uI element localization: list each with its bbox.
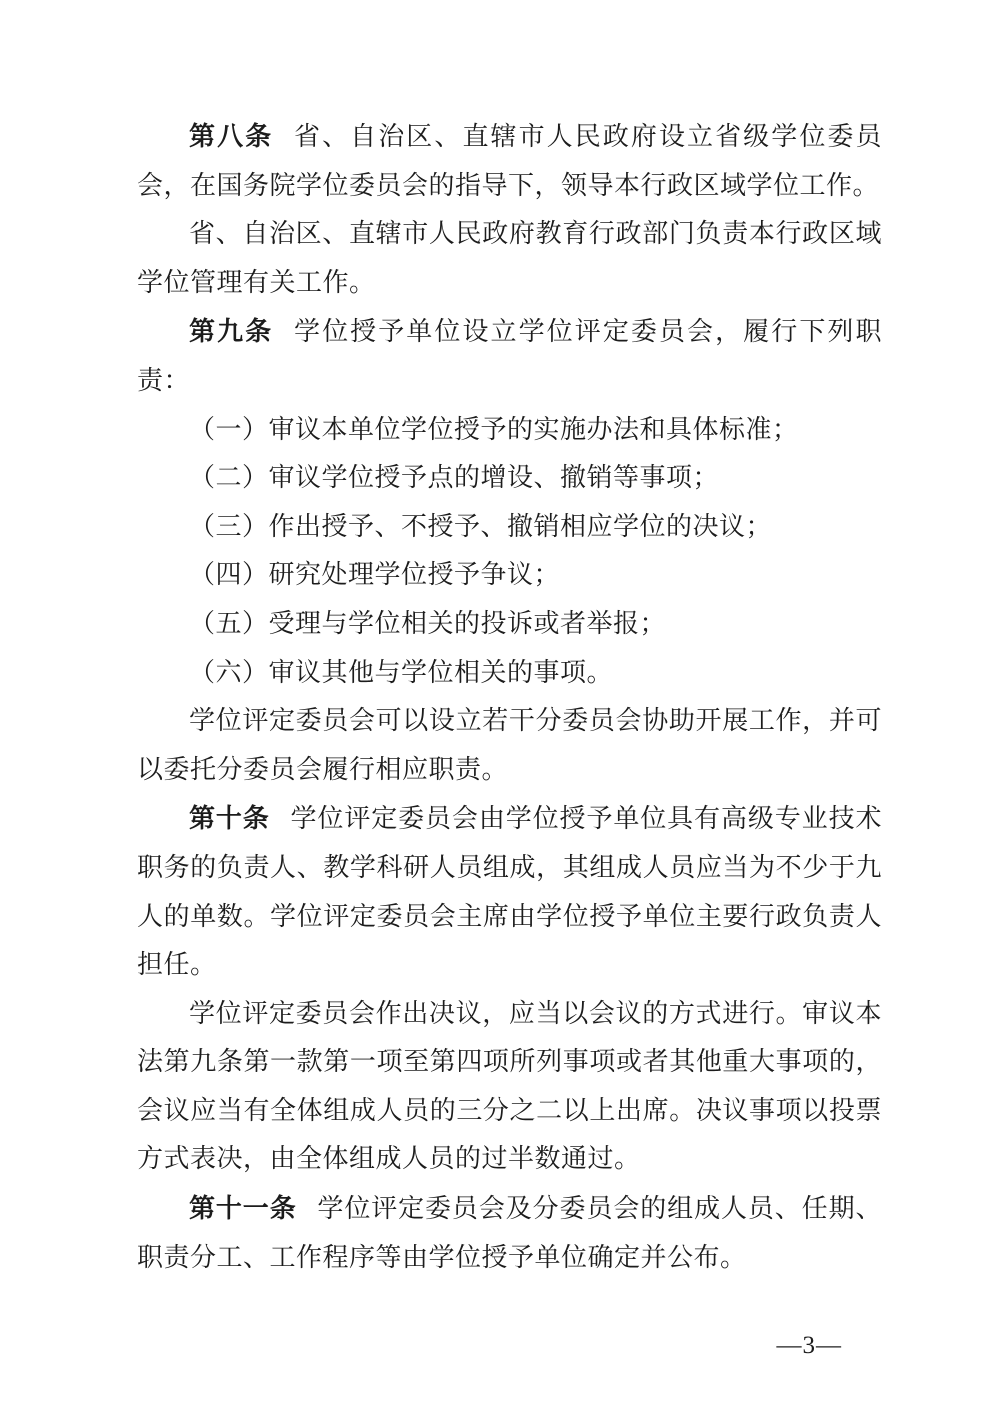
page-number: —3—: [777, 1332, 843, 1360]
article-9-item-4-text: （四）研究处理学位授予争议；: [189, 560, 560, 589]
para-article-9-item-3: （三）作出授予、不授予、撤销相应学位的决议；: [137, 503, 882, 552]
para-article-9-item-1: （一）审议本单位学位授予的实施办法和具体标准；: [137, 406, 882, 455]
article-9-item-5-text: （五）受理与学位相关的投诉或者举报；: [189, 609, 666, 638]
article-9-item-6-text: （六）审议其他与学位相关的事项。: [189, 658, 613, 687]
article-9-item-3-text: （三）作出授予、不授予、撤销相应学位的决议；: [189, 512, 772, 541]
para-article-10: 第十条学位评定委员会由学位授予单位具有高级专业技术职务的负责人、教学科研人员组成…: [137, 794, 882, 989]
document-body: 第八条省、自治区、直辖市人民政府设立省级学位委员会，在国务院学位委员会的指导下，…: [137, 112, 882, 1282]
para-article-8-clause-2: 省、自治区、直辖市人民政府教育行政部门负责本行政区域学位管理有关工作。: [137, 210, 882, 307]
article-10-clause-2-text: 学位评定委员会作出决议，应当以会议的方式进行。审议本法第九条第一款第一项至第四项…: [137, 999, 882, 1174]
article-9-clause-2-text: 学位评定委员会可以设立若干分委员会协助开展工作，并可以委托分委员会履行相应职责。: [137, 706, 882, 784]
para-article-9-item-4: （四）研究处理学位授予争议；: [137, 551, 882, 600]
para-article-9-clause-2: 学位评定委员会可以设立若干分委员会协助开展工作，并可以委托分委员会履行相应职责。: [137, 697, 882, 794]
article-9-item-1-text: （一）审议本单位学位授予的实施办法和具体标准；: [189, 415, 799, 444]
article-11-heading: 第十一条: [189, 1193, 297, 1223]
para-article-9-item-5: （五）受理与学位相关的投诉或者举报；: [137, 600, 882, 649]
article-9-heading: 第九条: [189, 316, 273, 346]
para-article-9: 第九条学位授予单位设立学位评定委员会，履行下列职责：: [137, 307, 882, 405]
document-page: 第八条省、自治区、直辖市人民政府设立省级学位委员会，在国务院学位委员会的指导下，…: [0, 0, 992, 1403]
article-9-item-2-text: （二）审议学位授予点的增设、撤销等事项；: [189, 463, 719, 492]
para-article-10-clause-2: 学位评定委员会作出决议，应当以会议的方式进行。审议本法第九条第一款第一项至第四项…: [137, 990, 882, 1184]
article-10-heading: 第十条: [189, 803, 270, 833]
para-article-8: 第八条省、自治区、直辖市人民政府设立省级学位委员会，在国务院学位委员会的指导下，…: [137, 112, 882, 210]
article-8-clause-2-text: 省、自治区、直辖市人民政府教育行政部门负责本行政区域学位管理有关工作。: [137, 219, 882, 297]
article-8-heading: 第八条: [189, 121, 273, 151]
para-article-11: 第十一条学位评定委员会及分委员会的组成人员、任期、职责分工、工作程序等由学位授予…: [137, 1184, 882, 1282]
para-article-9-item-2: （二）审议学位授予点的增设、撤销等事项；: [137, 454, 882, 503]
para-article-9-item-6: （六）审议其他与学位相关的事项。: [137, 649, 882, 698]
